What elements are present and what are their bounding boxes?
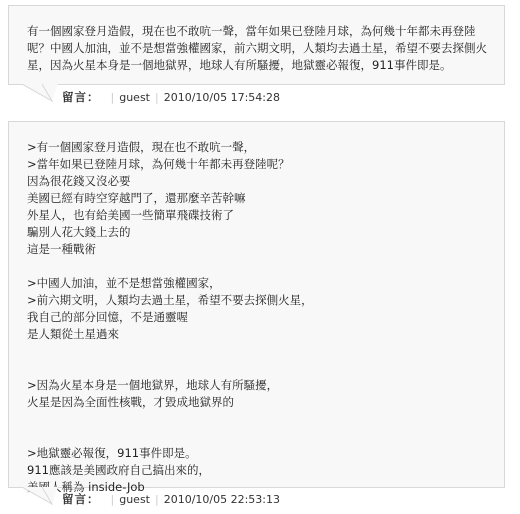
separator: | — [155, 493, 159, 506]
comment-line: >地獄靈必報復，911事件即是。 — [27, 445, 487, 462]
bubble-tail-icon — [22, 487, 58, 505]
separator: | — [111, 493, 115, 506]
comment-timestamp: 2010/10/05 22:53:13 — [164, 493, 280, 506]
comment-line: 外星人，也有給美國一些簡單飛碟技術了 — [27, 207, 487, 224]
comment-line: >前六期文明，人類均去過土星，希望不要去探側火星， — [27, 292, 487, 309]
comment-line: >中國人加油，並不是想當強權國家， — [27, 275, 487, 292]
separator: | — [111, 91, 115, 104]
comment-line — [27, 343, 487, 360]
comment-author[interactable]: guest — [119, 493, 150, 506]
comment-bubble: 有一個國家登月造假，現在也不敢吭一聲，當年如果已登陸月球，為何幾十年都未再登陸呢… — [8, 5, 505, 85]
comment-author[interactable]: guest — [119, 91, 150, 104]
comment-line: 因為很花錢又沒必要 — [27, 173, 487, 190]
comment-footer: 留言：|guest|2010/10/05 22:53:13 — [62, 491, 280, 507]
comment-timestamp: 2010/10/05 17:54:28 — [164, 91, 280, 104]
comment-line — [27, 428, 487, 445]
comment-line — [27, 360, 487, 377]
comment-line: 這是一種戰術 — [27, 241, 487, 258]
comment-line: 我自己的部分回憶，不是通靈喔 — [27, 309, 487, 326]
comment-line: 美國已經有時空穿越門了，還那麼辛苦幹嘛 — [27, 190, 487, 207]
comment-text: 有一個國家登月造假，現在也不敢吭一聲，當年如果已登陸月球，為何幾十年都未再登陸呢… — [27, 23, 487, 74]
separator: | — [155, 91, 159, 104]
comment-label: 留言： — [62, 90, 100, 104]
comment-label: 留言： — [62, 492, 100, 506]
comment-line: >當年如果已登陸月球，為何幾十年都未再登陸呢？ — [27, 156, 487, 173]
comment-line: 騙別人花大錢上去的 — [27, 224, 487, 241]
bubble-tail-icon — [22, 84, 58, 102]
comment-bubble: >有一個國家登月造假，現在也不敢吭一聲， >當年如果已登陸月球，為何幾十年都未再… — [8, 121, 505, 488]
comment-line: 火星是因為全面性核戰，才毀成地獄界的 — [27, 394, 487, 411]
comment-line: >有一個國家登月造假，現在也不敢吭一聲， — [27, 139, 487, 156]
comment-footer: 留言：|guest|2010/10/05 17:54:28 — [62, 89, 280, 105]
comment-line — [27, 411, 487, 428]
comment-line: >因為火星本身是一個地獄界，地球人有所騷擾， — [27, 377, 487, 394]
comment-line — [27, 258, 487, 275]
comment-line: 是人類從土星過來 — [27, 326, 487, 343]
comment-line: 911應該是美國政府自己搞出來的， — [27, 462, 487, 479]
